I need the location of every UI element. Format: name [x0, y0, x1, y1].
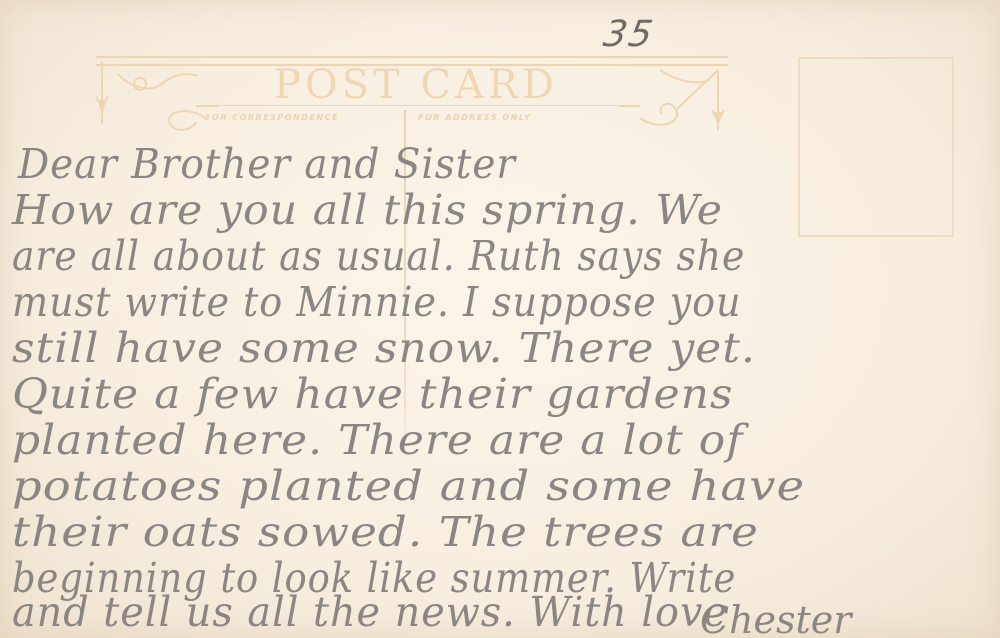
letter-line: and tell us all the news. With love — [12, 588, 728, 636]
address-label: FOR ADDRESS ONLY — [418, 113, 531, 122]
letter-line: their oats sowed. The trees are — [12, 508, 759, 556]
right-flourish-ornament — [620, 56, 740, 136]
letter-line: Quite a few have their gardens — [12, 370, 734, 418]
signature: Chester — [700, 598, 851, 638]
correspondence-label: FOR CORRESPONDENCE — [205, 113, 339, 122]
post-card-title: POST CARD — [236, 62, 596, 108]
left-flourish-ornament — [88, 56, 218, 136]
letter-line: are all about as usual. Ruth says she — [12, 232, 745, 280]
letter-line: must write to Minnie. I suppose you — [12, 278, 741, 326]
letter-line: potatoes planted and some have — [12, 462, 805, 510]
stamp-box — [798, 57, 954, 237]
letter-line: still have some snow. There yet. — [12, 324, 756, 372]
letter-line: planted here. There are a lot of — [12, 416, 744, 464]
postcard-back: 35 POST CARD FOR CORRESPONDENCE FOR ADDR… — [0, 0, 1000, 638]
letter-salutation: Dear Brother and Sister — [18, 140, 516, 188]
archive-number: 35 — [600, 14, 657, 55]
header-rule-lower — [200, 105, 640, 106]
letter-line: How are you all this spring. We — [12, 186, 723, 234]
